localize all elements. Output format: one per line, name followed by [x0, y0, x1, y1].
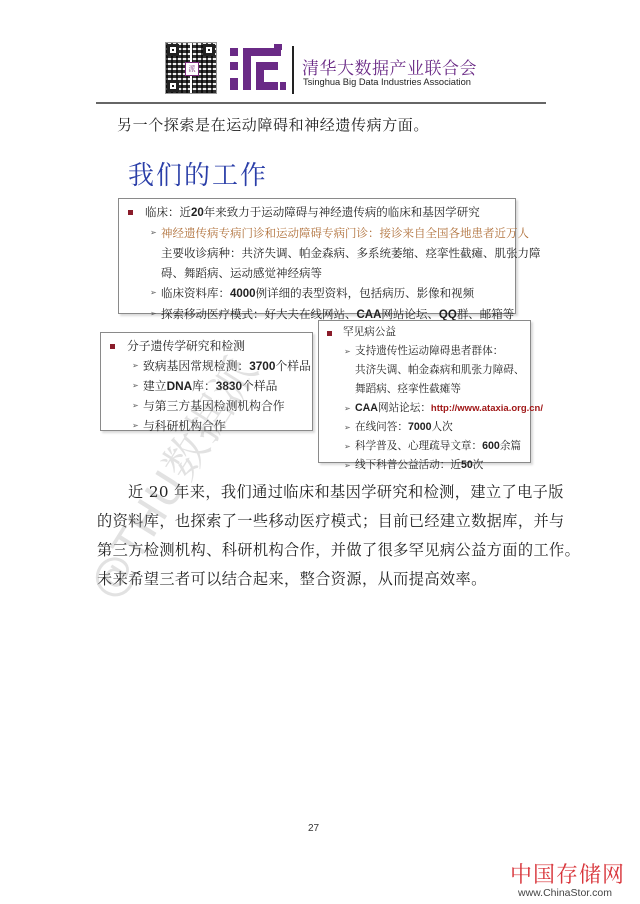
- clinical-item: ➢神经遗传病专病门诊和运动障碍专病门诊：接诊来自全国各地患者近万人: [119, 223, 515, 243]
- arrow-bullet-icon: ➢: [344, 437, 351, 456]
- qr-code: 派: [165, 42, 217, 94]
- qr-finder-icon: [203, 44, 215, 56]
- arrow-bullet-icon: ➢: [132, 396, 139, 416]
- arrow-bullet-icon: ➢: [344, 456, 351, 475]
- intro-text: 另一个探索是在运动障碍和神经遗传病方面。: [117, 114, 429, 135]
- arrow-bullet-icon: ➢: [344, 342, 351, 361]
- page-number: 27: [308, 823, 319, 834]
- qr-finder-icon: [167, 44, 179, 56]
- arrow-bullet-icon: ➢: [150, 283, 157, 303]
- charity-item-continuation: 舞蹈病、痉挛性截瘫等: [319, 380, 530, 399]
- charity-item: ➢支持遗传性运动障碍患者群体：: [319, 342, 530, 361]
- arrow-bullet-icon: ➢: [132, 416, 139, 436]
- header-divider: [292, 46, 294, 94]
- qr-center-logo: 派: [185, 62, 199, 76]
- arrow-bullet-icon: ➢: [344, 399, 351, 418]
- charity-item-continuation: 共济失调、帕金森病和肌张力障碍、: [319, 361, 530, 380]
- arrow-bullet-icon: ➢: [344, 418, 351, 437]
- org-name-en: Tsinghua Big Data Industries Association: [303, 77, 471, 87]
- charity-heading: 罕见病公益: [319, 323, 530, 342]
- clinical-box: 临床：近20年来致力于运动障碍与神经遗传病的临床和基因学研究 ➢神经遗传病专病门…: [118, 198, 516, 314]
- clinical-item-continuation: 碍、舞蹈病、运动感觉神经病等: [119, 263, 515, 283]
- clinical-item-continuation: 主要收诊病种：共济失调、帕金森病、多系统萎缩、痉挛性截瘫、肌张力障: [119, 243, 515, 263]
- thu-data-logo-icon: [230, 44, 286, 92]
- charity-item: ➢科学普及、心理疏导文章：600余篇: [319, 437, 530, 456]
- qr-finder-icon: [167, 80, 179, 92]
- charity-item: ➢CAA网站论坛：http://www.ataxia.org.cn/: [319, 399, 530, 418]
- arrow-bullet-icon: ➢: [132, 356, 139, 376]
- org-name-cn: 清华大数据产业联合会: [302, 54, 477, 79]
- footer-brand-name: 中国存储网: [510, 858, 625, 889]
- clinical-heading: 临床：近20年来致力于运动障碍与神经遗传病的临床和基因学研究: [119, 202, 515, 223]
- section-title: 我们的工作: [128, 155, 268, 192]
- clinical-item: ➢临床资料库：4000例详细的表型资料，包括病历、影像和视频: [119, 283, 515, 304]
- footer-brand-url[interactable]: www.ChinaStor.com: [518, 887, 612, 899]
- paragraph-line: 未来希望三者可以结合起来，整合资源，从而提高效率。: [97, 565, 549, 594]
- ataxia-url-link[interactable]: http://www.ataxia.org.cn/: [431, 403, 543, 414]
- charity-box: 罕见病公益 ➢支持遗传性运动障碍患者群体： 共济失调、帕金森病和肌张力障碍、 舞…: [318, 320, 531, 463]
- arrow-bullet-icon: ➢: [132, 376, 139, 396]
- arrow-bullet-icon: ➢: [150, 223, 157, 243]
- header-rule: [96, 102, 546, 104]
- charity-item: ➢在线问答：7000人次: [319, 418, 530, 437]
- arrow-bullet-icon: ➢: [150, 304, 157, 324]
- charity-item: ➢线下科普公益活动：近50次: [319, 456, 530, 475]
- molecular-heading: 分子遗传学研究和检测: [101, 336, 312, 356]
